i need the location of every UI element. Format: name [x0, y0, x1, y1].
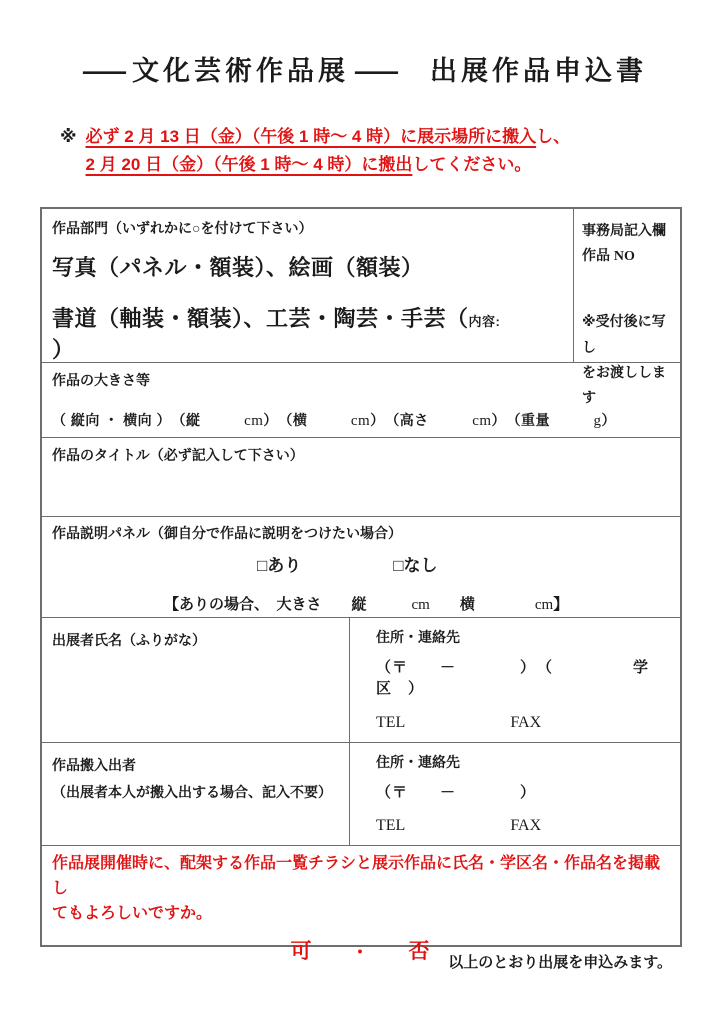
- title-dash-left: ―: [83, 54, 126, 89]
- work-title-label: 作品のタイトル（必ず記入して下さい）: [52, 445, 670, 465]
- form-title: ―文化芸術作品展―出展作品申込書: [0, 0, 724, 89]
- panel-size-unit-cm-2: cm: [535, 597, 553, 613]
- size-detail-line: （ 縦向 ・ 横向 ） （縦 cm） （横 cm） （高さ cm） （重量 g）: [52, 410, 670, 430]
- category-options-line2: 書道（軸装・額装）、工芸・陶芸・手芸（内容:）: [52, 302, 563, 364]
- notice-text: 必ず 2 月 13 日（金）（午後 1 時～ 4 時）に展示場所に搬入し、2 月…: [86, 123, 571, 179]
- size-seg-orientation: （ 縦向 ・ 横向 ） （縦: [52, 412, 244, 428]
- exhibitor-name-label: 出展者氏名（ふりがな）: [52, 627, 339, 654]
- consent-row: 作品展開催時に、配架する作品一覧チラシと展示作品に氏名・学区名・作品名を掲載して…: [42, 845, 680, 945]
- size-unit-cm-3: cm: [472, 413, 491, 429]
- title-dash-right: ―: [355, 54, 398, 89]
- work-number-en: NO: [614, 249, 635, 264]
- size-seg-width: ） （横: [263, 412, 351, 428]
- copy-note-line1: ※受付後に写し: [582, 309, 672, 359]
- description-panel-row: 作品説明パネル（御自分で作品に説明をつけたい場合） □あり□なし 【ありの場合、…: [42, 516, 680, 617]
- application-table: 作品部門（いずれかに○を付けて下さい） 写真（パネル・額装）、絵画（額装） 書道…: [40, 207, 682, 947]
- office-use-label: 事務局記入欄: [582, 218, 672, 243]
- carrier-contact-cell: 住所・連絡先 （〒 － ） TELFAX: [349, 743, 680, 845]
- exhibitor-contact-cell: 住所・連絡先 （〒 － ） （ 学区 ） TELFAX: [349, 618, 680, 742]
- category-label: 作品部門（いずれかに○を付けて下さい）: [52, 218, 563, 238]
- category-content-label: 内容:: [469, 314, 501, 329]
- title-part2: 出展作品申込書: [430, 56, 647, 86]
- size-unit-g: g: [594, 413, 602, 429]
- title-part1: 文化芸術作品展: [132, 56, 349, 86]
- size-unit-cm-2: cm: [351, 413, 370, 429]
- category-options-line2-close: ）: [52, 337, 75, 362]
- exhibitor-tel-label: TEL: [376, 714, 405, 731]
- size-unit-cm-1: cm: [244, 413, 263, 429]
- exhibitor-telfax-line: TELFAX: [376, 714, 541, 732]
- size-label: 作品の大きさ等: [52, 370, 670, 390]
- checkbox-no: □なし: [393, 556, 437, 575]
- checkbox-yes: □あり: [257, 556, 301, 575]
- notice-line2-rest: してください。: [412, 155, 531, 174]
- work-number-jp: 作品: [582, 247, 614, 263]
- application-form-page: ―文化芸術作品展―出展作品申込書 ※ 必ず 2 月 13 日（金）（午後 1 時…: [0, 0, 724, 1024]
- category-options-line1: 写真（パネル・額装）、絵画（額装）: [52, 251, 563, 282]
- panel-size-seg2: 横: [430, 596, 535, 613]
- carrier-label-line2: （出展者本人が搬入出する場合、記入不要）: [52, 779, 339, 806]
- consent-question-line2: てもよろしいですか。: [52, 905, 212, 922]
- panel-label: 作品説明パネル（御自分で作品に説明をつけたい場合）: [52, 523, 670, 543]
- carrier-postal-line: （〒 － ）: [376, 781, 672, 802]
- work-number-label: 作品 NO: [582, 243, 672, 269]
- consent-question: 作品展開催時に、配架する作品一覧チラシと展示作品に氏名・学区名・作品名を掲載して…: [52, 852, 670, 926]
- deadline-notice: ※ 必ず 2 月 13 日（金）（午後 1 時～ 4 時）に展示場所に搬入し、2…: [60, 123, 724, 179]
- exhibitor-fax-label: FAX: [510, 714, 541, 731]
- carrier-fax-label: FAX: [510, 817, 541, 834]
- panel-size-seg1: 【ありの場合、 大きさ 縦: [164, 596, 412, 613]
- notice-line1-rest: し、: [536, 127, 570, 146]
- exhibitor-postal-line: （〒 － ） （ 学区 ）: [376, 656, 672, 698]
- work-title-row: 作品のタイトル（必ず記入して下さい）: [42, 437, 680, 516]
- carrier-telfax-line: TELFAX: [376, 817, 541, 835]
- category-options-line2-main: 書道（軸装・額装）、工芸・陶芸・手芸（: [52, 306, 469, 331]
- carrier-row: 作品搬入出者 （出展者本人が搬入出する場合、記入不要） 住所・連絡先 （〒 － …: [42, 742, 680, 845]
- exhibitor-name-cell: 出展者氏名（ふりがな）: [42, 618, 349, 742]
- panel-size-unit-cm-1: cm: [412, 597, 430, 613]
- exhibitor-row: 出展者氏名（ふりがな） 住所・連絡先 （〒 － ） （ 学区 ） TELFAX: [42, 617, 680, 742]
- office-use-cell: 事務局記入欄 作品 NO ※受付後に写し をお渡しします: [573, 209, 680, 362]
- category-row: 作品部門（いずれかに○を付けて下さい） 写真（パネル・額装）、絵画（額装） 書道…: [42, 209, 680, 362]
- consent-question-line1: 作品展開催時に、配架する作品一覧チラシと展示作品に氏名・学区名・作品名を掲載し: [52, 855, 660, 897]
- exhibitor-contact-label: 住所・連絡先: [376, 627, 672, 647]
- panel-size-line: 【ありの場合、 大きさ 縦 cm 横 cm】: [52, 593, 670, 614]
- notice-line1-underlined: 必ず 2 月 13 日（金）（午後 1 時～ 4 時）に展示場所に搬入: [86, 127, 537, 146]
- notice-line2-underlined: 2 月 20 日（金）（午後 1 時～ 4 時）に搬出: [86, 155, 413, 174]
- panel-size-seg3: 】: [553, 596, 568, 613]
- carrier-cell: 作品搬入出者 （出展者本人が搬入出する場合、記入不要）: [42, 743, 349, 845]
- size-seg-height: ） （高さ: [370, 412, 472, 428]
- category-cell: 作品部門（いずれかに○を付けて下さい） 写真（パネル・額装）、絵画（額装） 書道…: [42, 209, 573, 362]
- panel-checkbox-line: □あり□なし: [52, 551, 670, 576]
- carrier-contact-label: 住所・連絡先: [376, 752, 672, 772]
- size-row: 作品の大きさ等 （ 縦向 ・ 横向 ） （縦 cm） （横 cm） （高さ cm…: [42, 362, 680, 437]
- size-seg-weight: ） （重量: [492, 412, 594, 428]
- carrier-label-line1: 作品搬入出者: [52, 752, 339, 779]
- closing-statement: 以上のとおり出展を申込みます。: [0, 951, 672, 972]
- notice-marker: ※: [60, 123, 77, 179]
- size-seg-close: ）: [602, 412, 617, 428]
- carrier-tel-label: TEL: [376, 817, 405, 834]
